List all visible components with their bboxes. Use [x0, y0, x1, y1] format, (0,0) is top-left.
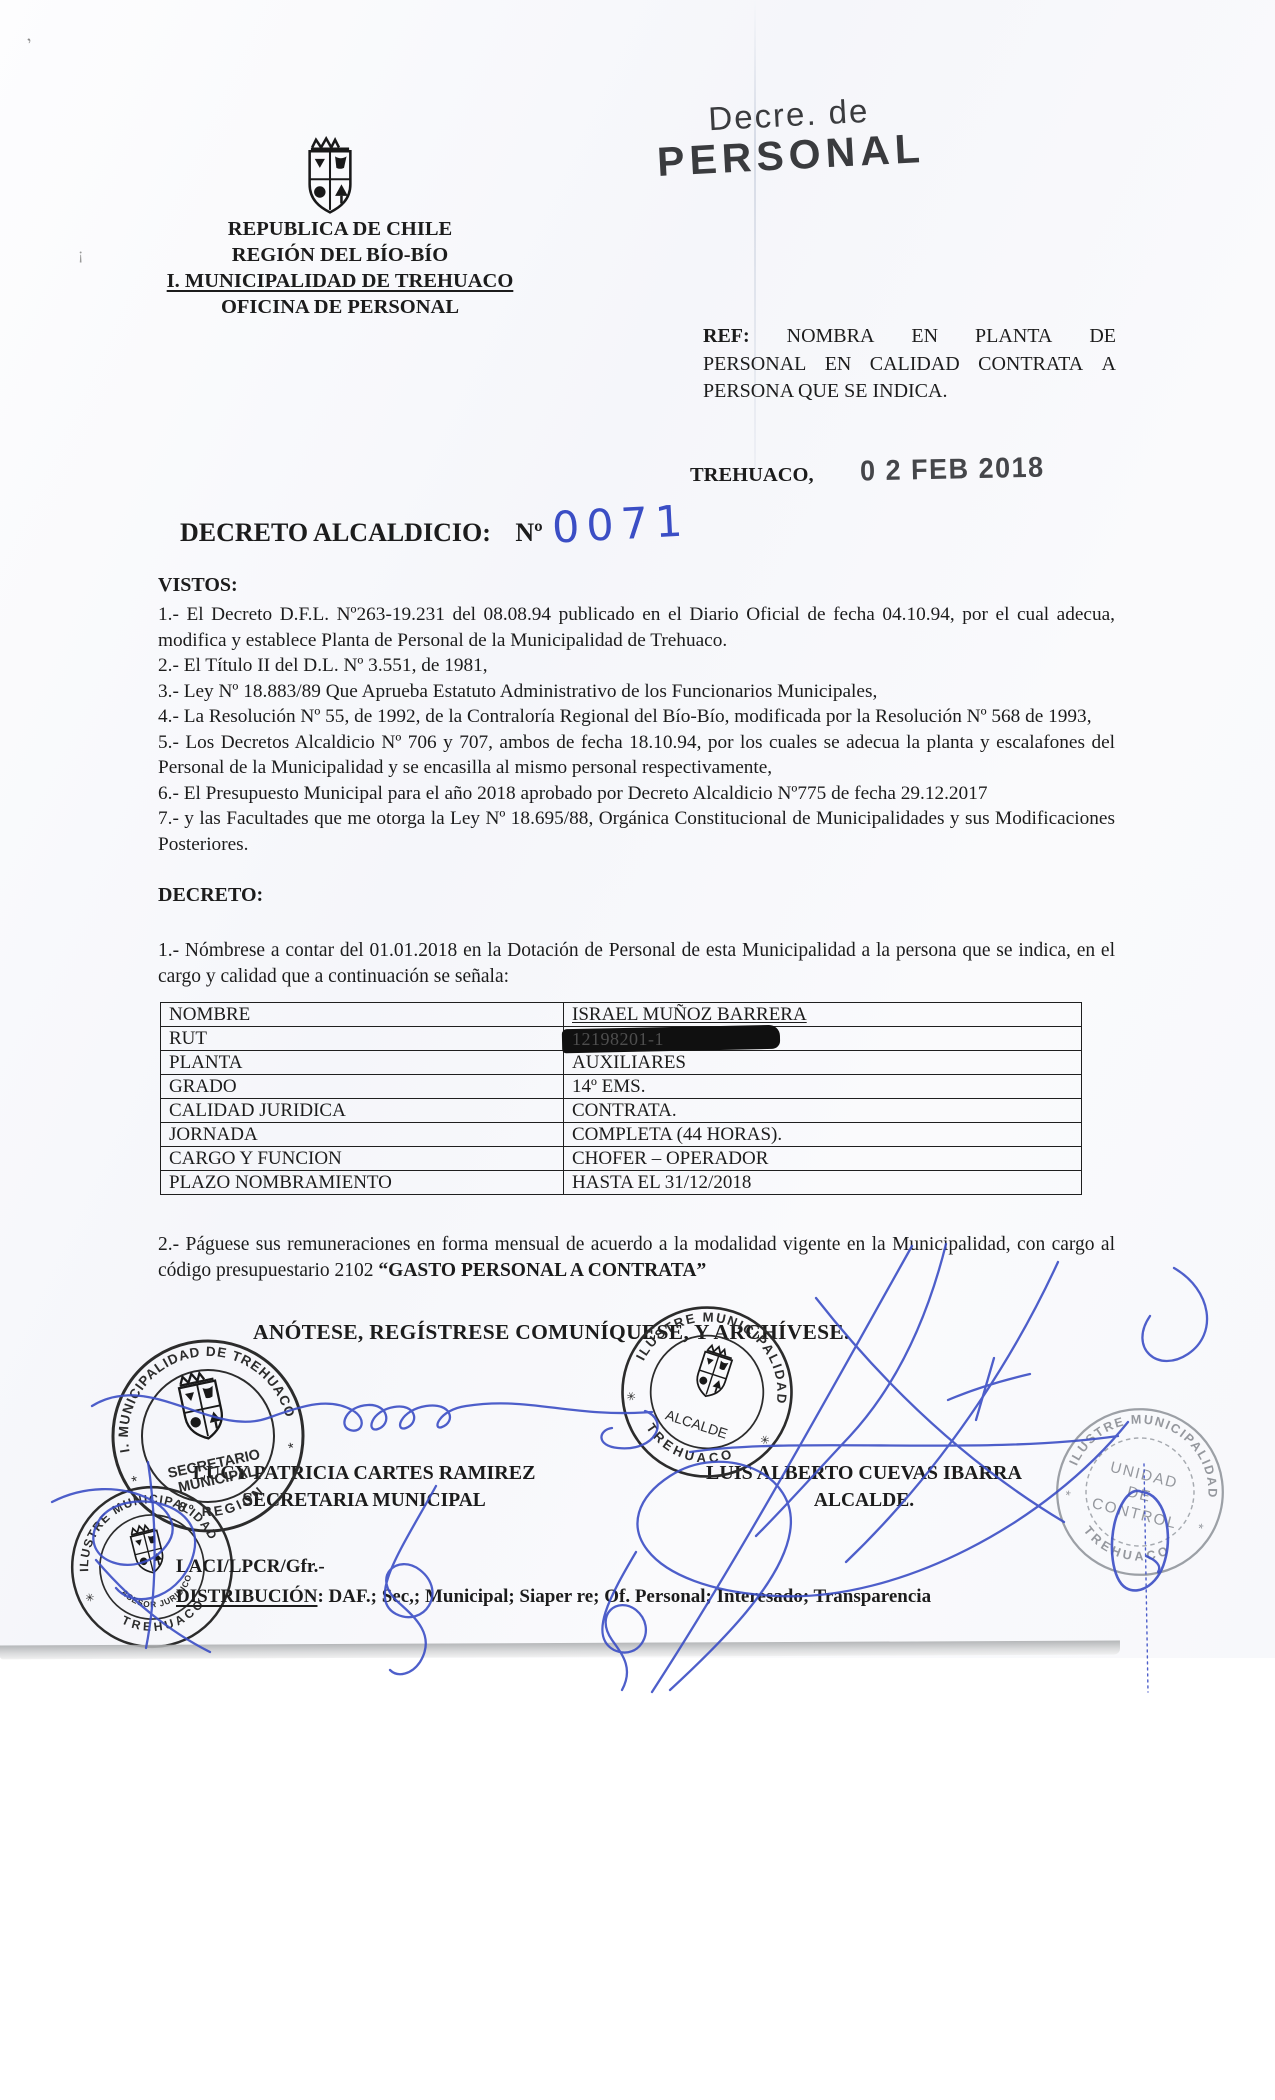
dateline-place: TREHUACO,	[690, 464, 814, 487]
handwritten-decree-number: 0071	[551, 496, 691, 553]
table-row: CARGO Y FUNCION CHOFER – OPERADOR	[161, 1147, 1082, 1171]
table-row: GRADO 14º EMS.	[161, 1075, 1082, 1099]
distribution-line: DISTRIBUCIÓN: DAF.; Sec,; Municipal; Sia…	[176, 1586, 931, 1608]
vistos-heading: VISTOS:	[158, 574, 238, 597]
ref-word: DE	[1089, 323, 1116, 351]
decreto-heading: DECRETO:	[158, 884, 263, 907]
paragraph-2-bold: “GASTO PERSONAL A CONTRATA”	[378, 1260, 706, 1281]
row-value: CONTRATA.	[564, 1099, 1082, 1123]
seal-star-icon: *	[1196, 1520, 1205, 1536]
ref-word: CONTRATA	[978, 351, 1083, 379]
ref-word: CALIDAD	[870, 351, 960, 379]
vistos-item: 7.- y las Facultades que me otorga la Le…	[158, 806, 1115, 857]
row-value: ISRAEL MUÑOZ BARRERA	[564, 1003, 1082, 1027]
ref-label: REF:	[703, 323, 750, 351]
vistos-item: 3.- Ley Nº 18.883/89 Que Aprueba Estatut…	[158, 679, 1115, 705]
seal-star-icon: *	[1063, 1487, 1072, 1503]
row-label: JORNADA	[161, 1123, 564, 1147]
rut-value: 12198201-1	[572, 1029, 664, 1050]
vistos-item: 4.- La Resolución Nº 55, de 1992, de la …	[158, 704, 1115, 730]
ref-word: EN	[911, 323, 938, 351]
row-value: CHOFER – OPERADOR	[564, 1147, 1082, 1171]
row-label: GRADO	[161, 1075, 564, 1099]
table-row: PLANTA AUXILIARES	[161, 1051, 1082, 1075]
appointment-table: NOMBRE ISRAEL MUÑOZ BARRERA RUT 12198201…	[160, 1002, 1082, 1195]
letterhead: REPUBLICA DE CHILE REGIÓN DEL BÍO-BÍO I.…	[140, 216, 540, 320]
municipal-crest-logo	[303, 136, 357, 220]
ref-word: PLANTA	[975, 323, 1052, 351]
decree-number-prefix: Nº	[515, 518, 542, 547]
letterhead-country: REPUBLICA DE CHILE	[140, 216, 540, 242]
ref-word: NOMBRA	[787, 323, 875, 351]
decreto-paragraph-1: 1.- Nómbrese a contar del 01.01.2018 en …	[158, 938, 1115, 990]
vistos-item: 1.- El Decreto D.F.L. Nº263-19.231 del 0…	[158, 602, 1115, 653]
ref-line-2: PERSONAL EN CALIDAD CONTRATA A	[703, 351, 1116, 379]
ref-word: PERSONAL	[703, 351, 806, 379]
vistos-item: 2.- El Título II del D.L. Nº 3.551, de 1…	[158, 653, 1115, 679]
table-row: PLAZO NOMBRAMIENTO HASTA EL 31/12/2018	[161, 1171, 1082, 1195]
date-stamp: 0 2 FEB 2018	[860, 451, 1045, 488]
letterhead-region: REGIÓN DEL BÍO-BÍO	[140, 242, 540, 268]
ref-line-3: PERSONA QUE SE INDICA.	[703, 378, 1116, 406]
vistos-list: 1.- El Decreto D.F.L. Nº263-19.231 del 0…	[158, 602, 1115, 857]
distribution-label: DISTRIBUCIÓN	[176, 1586, 317, 1607]
seal-star-icon: ✳	[624, 1390, 637, 1404]
row-label: CARGO Y FUNCION	[161, 1147, 564, 1171]
table-row: NOMBRE ISRAEL MUÑOZ BARRERA	[161, 1003, 1082, 1027]
row-label: PLAZO NOMBRAMIENTO	[161, 1171, 564, 1195]
seal-center-text: DE	[1125, 1483, 1153, 1506]
letterhead-office: OFICINA DE PERSONAL	[140, 294, 540, 320]
vistos-item: 6.- El Presupuesto Municipal para el año…	[158, 781, 1115, 807]
row-value: COMPLETA (44 HORAS).	[564, 1123, 1082, 1147]
row-value: 12198201-1	[564, 1027, 1082, 1051]
table-row: RUT 12198201-1	[161, 1027, 1082, 1051]
letterhead-municipality: I. MUNICIPALIDAD DE TREHUACO	[140, 268, 540, 294]
row-value: HASTA EL 31/12/2018	[564, 1171, 1082, 1195]
decreto-paragraph-2: 2.- Páguese sus remuneraciones en forma …	[158, 1232, 1115, 1284]
personnel-decree-stamp: Decre. de PERSONAL	[638, 88, 942, 187]
vistos-item: 5.- Los Decretos Alcaldicio Nº 706 y 707…	[158, 730, 1115, 781]
row-label: PLANTA	[161, 1051, 564, 1075]
seal-star-icon: ✳	[84, 1591, 96, 1605]
table-row: JORNADA COMPLETA (44 HORAS).	[161, 1123, 1082, 1147]
table-row: CALIDAD JURIDICA CONTRATA.	[161, 1099, 1082, 1123]
ref-line-1: REF: NOMBRA EN PLANTA DE	[703, 323, 1116, 351]
decree-title: DECRETO ALCALDICIO: Nº	[180, 518, 543, 548]
scanned-decree-page: ’ ¡ REPUBLICA DE CHILE REGIÓN DEL BÍO-BÍ…	[0, 0, 1275, 2100]
decree-title-label: DECRETO ALCALDICIO:	[180, 518, 491, 547]
seal-star-icon: ✳	[758, 1434, 771, 1448]
row-value: 14º EMS.	[564, 1075, 1082, 1099]
ref-word: EN	[825, 351, 852, 379]
distribution-list: : DAF.; Sec,; Municipal; Siaper re; Of. …	[317, 1586, 931, 1607]
seal-star-icon: *	[287, 1439, 296, 1457]
scan-artifact: ¡	[78, 246, 83, 264]
row-label: NOMBRE	[161, 1003, 564, 1027]
drafter-initials: LACI/LPCR/Gfr.-	[176, 1556, 325, 1578]
ref-word: A	[1102, 351, 1116, 379]
ref-block: REF: NOMBRA EN PLANTA DE PERSONAL EN CAL…	[703, 323, 1116, 406]
row-value: AUXILIARES	[564, 1051, 1082, 1075]
row-label: CALIDAD JURIDICA	[161, 1099, 564, 1123]
row-label: RUT	[161, 1027, 564, 1051]
